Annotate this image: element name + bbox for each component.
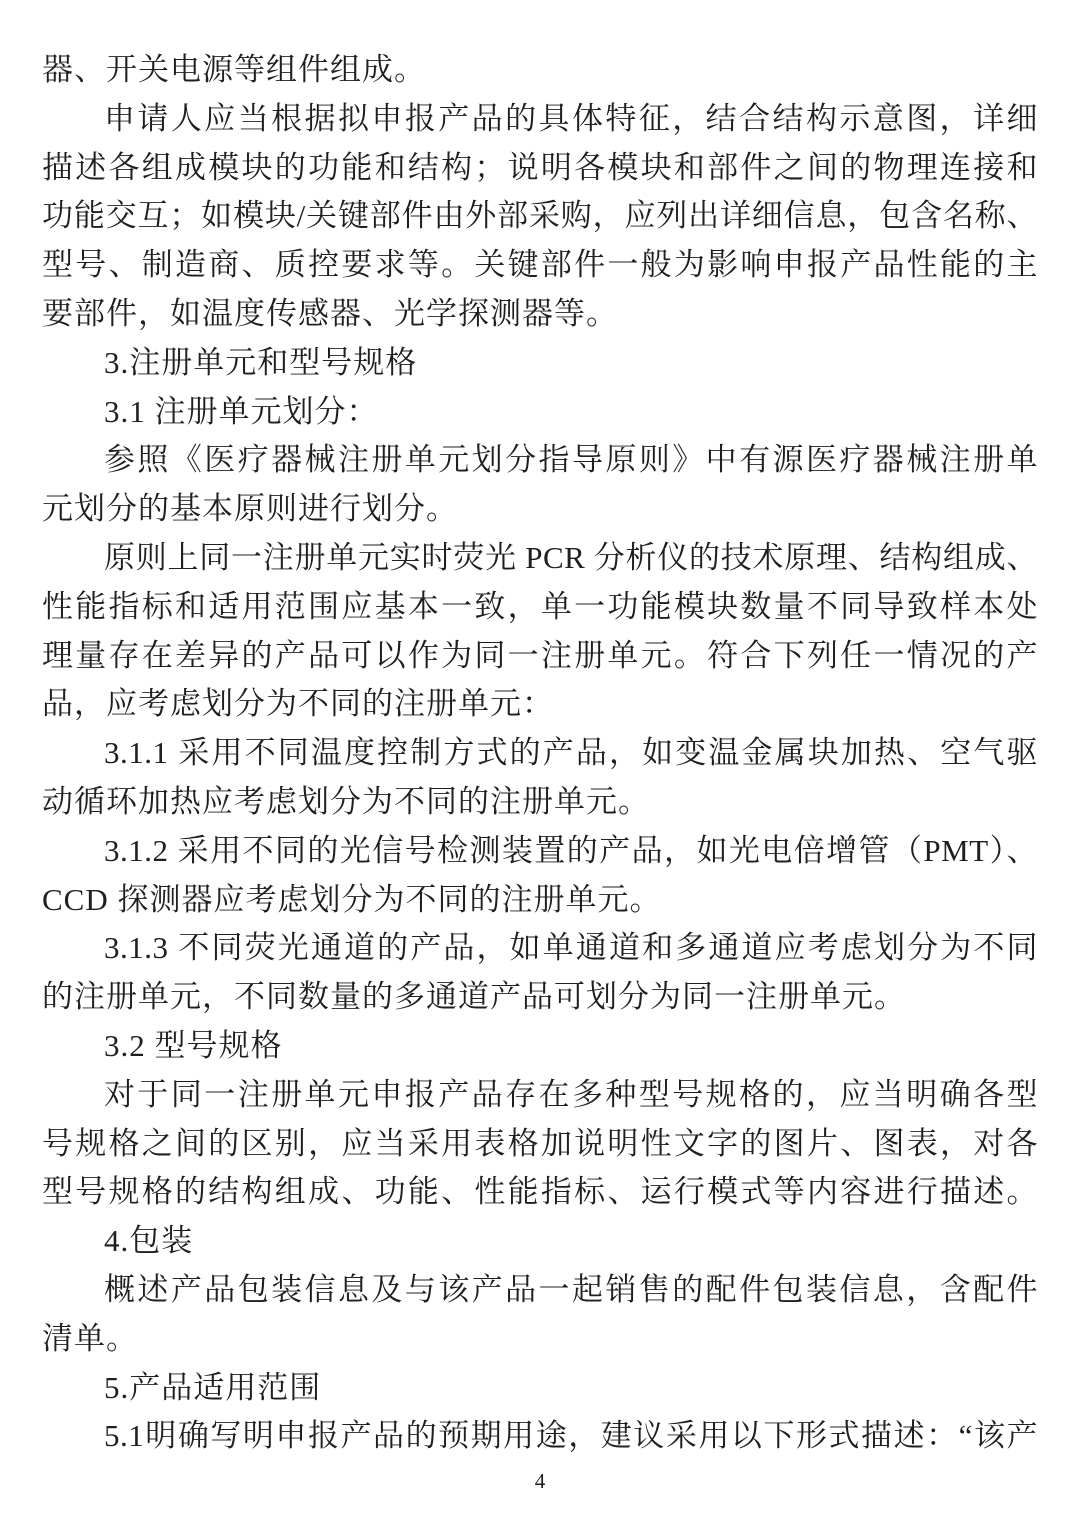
text-line: 理量存在差异的产品可以作为同一注册单元。符合下列任一情况的产: [42, 632, 1038, 681]
text-line: 型号、制造商、质控要求等。关键部件一般为影响申报产品性能的主: [42, 241, 1038, 290]
text-line: 品，应考虑划分为不同的注册单元：: [42, 680, 1038, 729]
text-line: CCD 探测器应考虑划分为不同的注册单元。: [42, 876, 1038, 925]
text-line: 清单。: [42, 1315, 1038, 1364]
document-body: 器、开关电源等组件组成。申请人应当根据拟申报产品的具体特征，结合结构示意图，详细…: [42, 46, 1038, 1461]
text-line: 元划分的基本原则进行划分。: [42, 485, 1038, 534]
text-line: 3.1.1 采用不同温度控制方式的产品，如变温金属块加热、空气驱: [42, 729, 1038, 778]
page-number: 4: [0, 1469, 1080, 1494]
text-line: 动循环加热应考虑划分为不同的注册单元。: [42, 778, 1038, 827]
text-line: 3.1.2 采用不同的光信号检测装置的产品，如光电倍增管（PMT）、: [42, 827, 1038, 876]
text-line: 型号规格的结构组成、功能、性能指标、运行模式等内容进行描述。: [42, 1168, 1038, 1217]
text-line: 性能指标和适用范围应基本一致，单一功能模块数量不同导致样本处: [42, 583, 1038, 632]
text-line: 4.包装: [42, 1217, 1038, 1266]
text-line: 申请人应当根据拟申报产品的具体特征，结合结构示意图，详细: [42, 95, 1038, 144]
text-line: 号规格之间的区别，应当采用表格加说明性文字的图片、图表，对各: [42, 1120, 1038, 1169]
text-line: 对于同一注册单元申报产品存在多种型号规格的，应当明确各型: [42, 1071, 1038, 1120]
text-line: 功能交互；如模块/关键部件由外部采购，应列出详细信息，包含名称、: [42, 192, 1038, 241]
text-line: 要部件，如温度传感器、光学探测器等。: [42, 290, 1038, 339]
text-line: 3.1 注册单元划分：: [42, 388, 1038, 437]
text-line: 参照《医疗器械注册单元划分指导原则》中有源医疗器械注册单: [42, 436, 1038, 485]
text-line: 描述各组成模块的功能和结构；说明各模块和部件之间的物理连接和: [42, 144, 1038, 193]
text-line: 5.1明确写明申报产品的预期用途，建议采用以下形式描述：“该产: [42, 1412, 1038, 1461]
text-line: 概述产品包装信息及与该产品一起销售的配件包装信息，含配件: [42, 1266, 1038, 1315]
text-line: 3.注册单元和型号规格: [42, 339, 1038, 388]
text-line: 3.1.3 不同荧光通道的产品，如单通道和多通道应考虑划分为不同: [42, 924, 1038, 973]
text-line: 的注册单元，不同数量的多通道产品可划分为同一注册单元。: [42, 973, 1038, 1022]
text-line: 3.2 型号规格: [42, 1022, 1038, 1071]
text-line: 器、开关电源等组件组成。: [42, 46, 1038, 95]
text-line: 原则上同一注册单元实时荧光 PCR 分析仪的技术原理、结构组成、: [42, 534, 1038, 583]
document-page: 器、开关电源等组件组成。申请人应当根据拟申报产品的具体特征，结合结构示意图，详细…: [0, 0, 1080, 1526]
text-line: 5.产品适用范围: [42, 1364, 1038, 1413]
